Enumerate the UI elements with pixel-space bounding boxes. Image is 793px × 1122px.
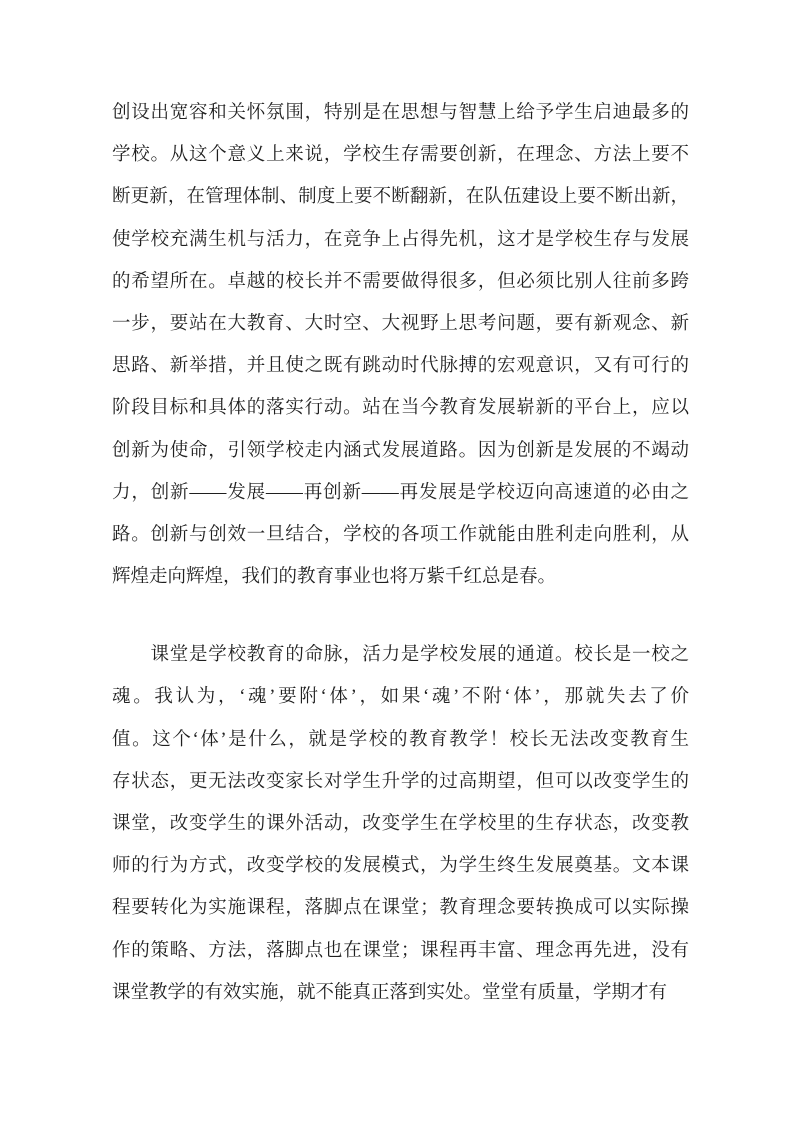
text-line: 程要转化为实施课程，落脚点在课堂；教育理念要转换成可以实际操 <box>112 887 689 929</box>
text-line: 使学校充满生机与活力，在竞争上占得先机，这才是学校生存与发展 <box>112 219 689 261</box>
text-line: 阶段目标和具体的落实行动。站在当今教育发展崭新的平台上，应以 <box>112 387 689 429</box>
text-line: 路。创新与创效一旦结合，学校的各项工作就能由胜利走向胜利，从 <box>112 514 689 556</box>
text-line: 课堂是学校教育的命脉，活力是学校发展的通道。校长是一校之 <box>112 634 689 676</box>
document-body: 创设出宽容和关怀氛围，特别是在思想与智慧上给予学生启迪最多的学校。从这个意义上来… <box>112 92 689 1014</box>
text-line: 断更新，在管理体制、制度上要不断翻新，在队伍建设上要不断出新， <box>112 176 689 218</box>
text-line: 魂。我认为，‘魂’要附‘体’，如果‘魂’不附‘体’，那就失去了价 <box>112 676 689 718</box>
paragraph-2: 课堂是学校教育的命脉，活力是学校发展的通道。校长是一校之魂。我认为，‘魂’要附‘… <box>112 634 689 1014</box>
text-line: 思路、新举措，并且使之既有跳动时代脉搏的宏观意识，又有可行的 <box>112 345 689 387</box>
text-line: 课堂教学的有效实施，就不能真正落到实处。堂堂有质量，学期才有 <box>112 972 689 1014</box>
text-line: 值。这个‘体’是什么，就是学校的教育教学！校长无法改变教育生 <box>112 719 689 761</box>
document-page: 创设出宽容和关怀氛围，特别是在思想与智慧上给予学生启迪最多的学校。从这个意义上来… <box>0 0 793 1122</box>
text-line: 辉煌走向辉煌，我们的教育事业也将万紫千红总是春。 <box>112 556 689 598</box>
text-line: 课堂，改变学生的课外活动，改变学生在学校里的生存状态，改变教 <box>112 803 689 845</box>
text-line: 一步，要站在大教育、大时空、大视野上思考问题，要有新观念、新 <box>112 303 689 345</box>
text-line: 力，创新——发展——再创新——再发展是学校迈向高速道的必由之 <box>112 472 689 514</box>
text-line: 学校。从这个意义上来说，学校生存需要创新，在理念、方法上要不 <box>112 134 689 176</box>
text-line: 创设出宽容和关怀氛围，特别是在思想与智慧上给予学生启迪最多的 <box>112 92 689 134</box>
text-line: 师的行为方式，改变学校的发展模式，为学生终生发展奠基。文本课 <box>112 845 689 887</box>
paragraph-1: 创设出宽容和关怀氛围，特别是在思想与智慧上给予学生启迪最多的学校。从这个意义上来… <box>112 92 689 598</box>
text-line: 的希望所在。卓越的校长并不需要做得很多，但必须比别人往前多跨 <box>112 261 689 303</box>
text-line: 作的策略、方法，落脚点也在课堂；课程再丰富、理念再先进，没有 <box>112 930 689 972</box>
text-line: 存状态，更无法改变家长对学生升学的过高期望，但可以改变学生的 <box>112 761 689 803</box>
text-line: 创新为使命，引领学校走内涵式发展道路。因为创新是发展的不竭动 <box>112 430 689 472</box>
